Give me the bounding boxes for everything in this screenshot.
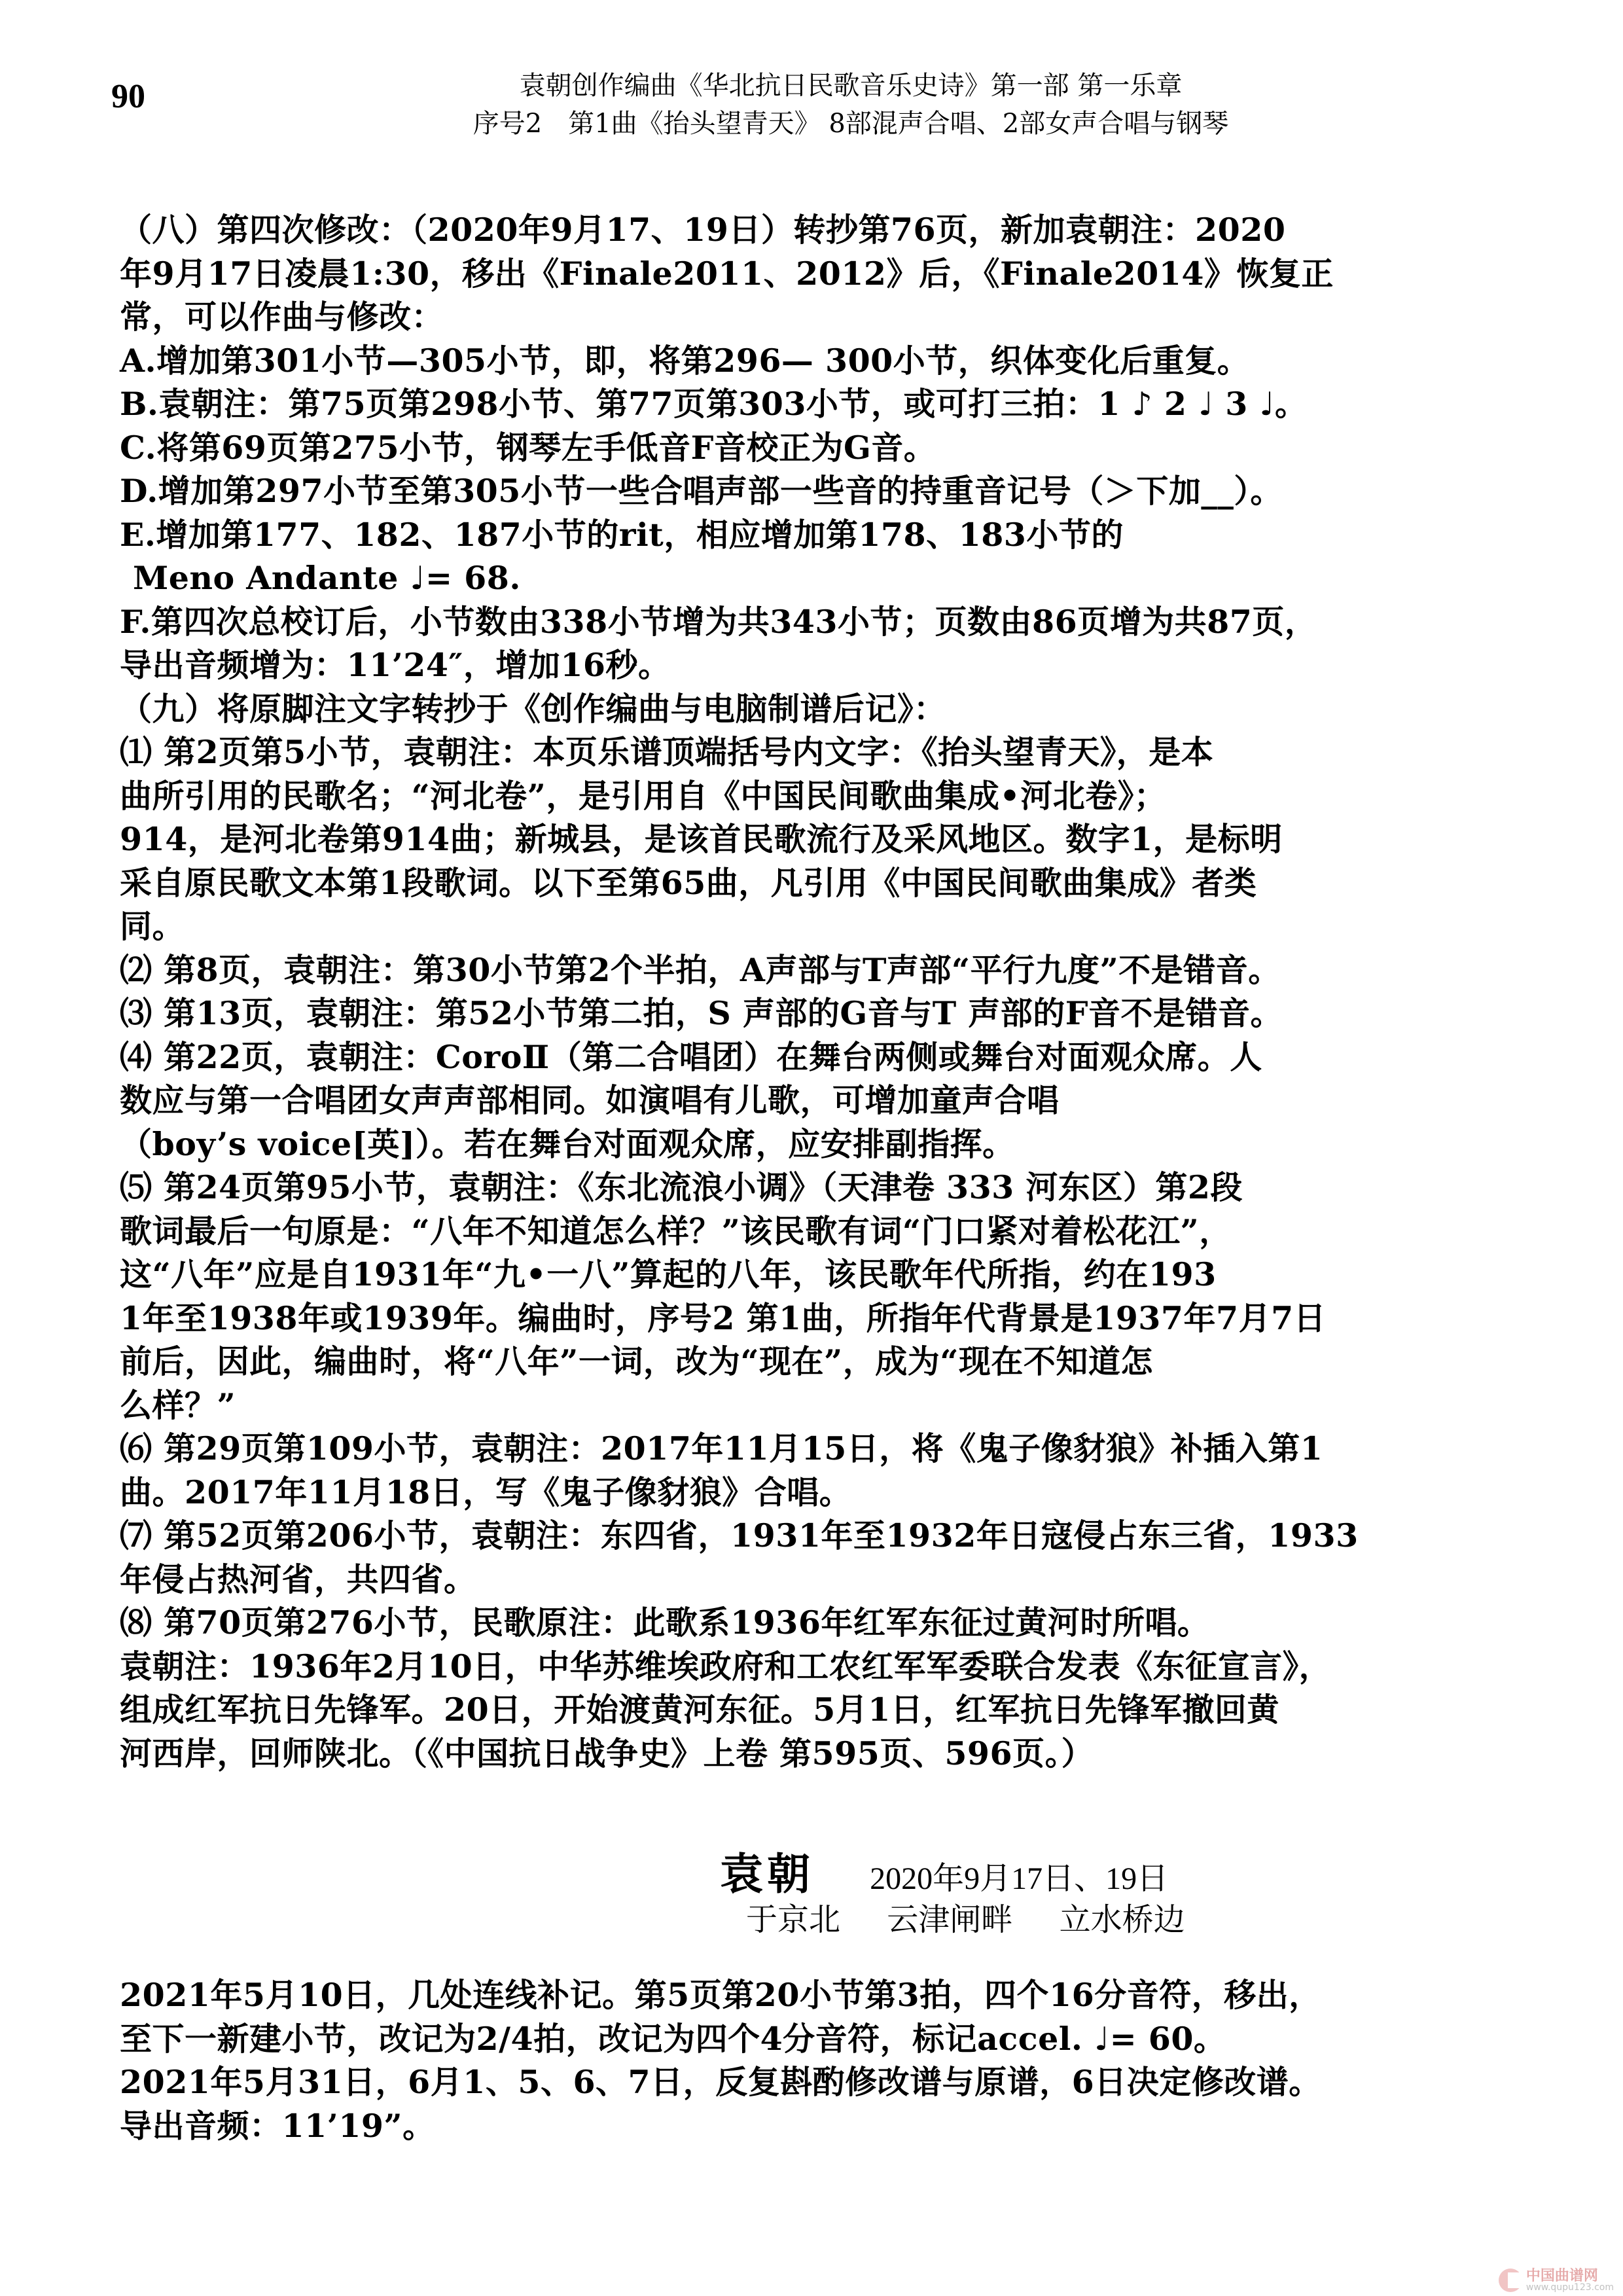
- body-line: ⑻ 第70页第276小节，民歌原注：此歌系1936年红军东征过黄河时所唱。: [120, 1601, 1527, 1645]
- body-line: ⑴ 第2页第5小节，袁朝注：本页乐谱顶端括号内文字：《抬头望青天》，是本: [120, 730, 1527, 774]
- watermark-title: 中国曲谱网: [1526, 2269, 1614, 2283]
- body-line: ⑹ 第29页第109小节，袁朝注：2017年11月15日，将《鬼子像豺狼》补插入…: [120, 1427, 1527, 1471]
- body-line: 曲。2017年11月18日，写《鬼子像豺狼》合唱。: [120, 1471, 1527, 1515]
- addendum-line: 2021年5月31日，6月1、5、6、7日，反复斟酌修改谱与原谱，6日决定修改谱…: [120, 2060, 1527, 2104]
- header-subtitle-line: 序号2 第1曲《抬头望青天》 8部混声合唱、2部女声合唱与钢琴: [366, 105, 1335, 143]
- addendum-notes: 2021年5月10日，几处连线补记。第5页第20小节第3拍，四个16分音符，移出…: [120, 1973, 1527, 2147]
- page-number: 90: [111, 77, 145, 116]
- body-line: ⑸ 第24页第95小节，袁朝注：《东北流浪小调》（天津卷 333 河东区）第2段: [120, 1166, 1527, 1210]
- body-line: F.第四次总校订后，小节数由338小节增为共343小节；页数由86页增为共87页…: [120, 600, 1527, 644]
- body-line: A.增加第301小节—305小节，即，将第296— 300小节，织体变化后重复。: [120, 339, 1527, 383]
- body-line: ⑵ 第8页，袁朝注：第30小节第2个半拍，A声部与T声部“平行九度”不是错音。: [120, 948, 1527, 992]
- body-line: 曲所引用的民歌名；“河北卷”，是引用自《中国民间歌曲集成•河北卷》；: [120, 774, 1527, 818]
- watermark-logo-icon: [1499, 2269, 1522, 2292]
- body-line: 1年至1938年或1939年。编曲时，序号2 第1曲，所指年代背景是1937年7…: [120, 1297, 1527, 1340]
- header-title-line: 袁朝创作编曲《华北抗日民歌音乐史诗》第一部 第一乐章: [366, 67, 1335, 105]
- body-line: ⑶ 第13页，袁朝注：第52小节第二拍，S 声部的G音与T 声部的F音不是错音。: [120, 992, 1527, 1035]
- body-line: 年侵占热河省，共四省。: [120, 1558, 1527, 1602]
- signature-date: 2020年9月17日、19日: [870, 1861, 1168, 1896]
- signature-places: 于京北 云津闸畔 立水桥边: [720, 1894, 1222, 1939]
- addendum-line: 2021年5月10日，几处连线补记。第5页第20小节第3拍，四个16分音符，移出…: [120, 1973, 1527, 2017]
- body-line: 数应与第一合唱团女声声部相同。如演唱有儿歌，可增加童声合唱: [120, 1079, 1527, 1122]
- body-line: 914，是河北卷第914曲；新城县，是该首民歌流行及采风地区。数字1，是标明: [120, 817, 1527, 861]
- body-line: B.袁朝注：第75页第298小节、第77页第303小节，或可打三拍：1 ♪ 2 …: [120, 382, 1527, 426]
- body-line: 歌词最后一句原是：“八年不知道怎么样？”该民歌有词“门口紧对着松花江”，: [120, 1210, 1527, 1253]
- place-2: 云津闸畔: [887, 1901, 1012, 1938]
- body-line: Meno Andante ♩= 68.: [120, 556, 1527, 600]
- body-line: 同。: [120, 905, 1527, 948]
- body-line: 采自原民歌文本第1段歌词。以下至第65曲，凡引用《中国民间歌曲集成》者类: [120, 861, 1527, 905]
- body-line: D.增加第297小节至第305小节一些合唱声部一些音的持重音记号（＞下加__）。: [120, 469, 1527, 513]
- body-line: 组成红军抗日先锋军。20日，开始渡黄河东征。5月1日，红军抗日先锋军撤回黄: [120, 1688, 1527, 1732]
- body-line: 导出音频增为：11’24″，增加16秒。: [120, 643, 1527, 687]
- addendum-line: 导出音频：11’19”。: [120, 2104, 1527, 2148]
- watermark-url: www.qupu123.com: [1526, 2283, 1614, 2292]
- body-line: 年9月17日凌晨1:30，移出《Finale2011、2012》后，《Final…: [120, 252, 1527, 296]
- addendum-line: 至下一新建小节，改记为2/4拍，改记为四个4分音符，标记accel. ♩= 60…: [120, 2017, 1527, 2061]
- body-line: 前后，因此，编曲时，将“八年”一词，改为“现在”，成为“现在不知道怎: [120, 1340, 1527, 1384]
- body-line: （boy’s voice[英]）。若在舞台对面观众席，应安排副指挥。: [120, 1122, 1527, 1166]
- body-line: E.增加第177、182、187小节的rit，相应增加第178、183小节的: [120, 513, 1527, 557]
- body-line: C.将第69页第275小节，钢琴左手低音F音校正为G音。: [120, 426, 1527, 470]
- body-line: 么样？”: [120, 1384, 1527, 1427]
- signature-block: 袁朝 2020年9月17日、19日 于京北 云津闸畔 立水桥边: [720, 1839, 1222, 1939]
- site-watermark: 中国曲谱网 www.qupu123.com: [1499, 2269, 1614, 2292]
- body-line: 袁朝注：1936年2月10日，中华苏维埃政府和工农红军军委联合发表《东征宣言》，: [120, 1645, 1527, 1689]
- document-body: （八）第四次修改：（2020年9月17、19日）转抄第76页，新加袁朝注：202…: [120, 208, 1527, 1775]
- place-1: 于京北: [746, 1901, 840, 1938]
- body-line: ⑺ 第52页第206小节，袁朝注：东四省，1931年至1932年日寇侵占东三省，…: [120, 1514, 1527, 1558]
- body-line: 河西岸，回师陕北。（《中国抗日战争史》上卷 第595页、596页。）: [120, 1732, 1527, 1776]
- body-line: 这“八年”应是自1931年“九•一八”算起的八年，该民歌年代所指，约在193: [120, 1253, 1527, 1297]
- author-name: 袁朝: [720, 1849, 814, 1899]
- place-3: 立水桥边: [1060, 1901, 1185, 1938]
- body-line: ⑷ 第22页，袁朝注：CoroⅡ（第二合唱团）在舞台两侧或舞台对面观众席。人: [120, 1035, 1527, 1079]
- body-line: （九）将原脚注文字转抄于《创作编曲与电脑制谱后记》：: [120, 687, 1527, 731]
- body-line: 常，可以作曲与修改：: [120, 295, 1527, 339]
- running-header: 袁朝创作编曲《华北抗日民歌音乐史诗》第一部 第一乐章 序号2 第1曲《抬头望青天…: [366, 67, 1335, 143]
- body-line: （八）第四次修改：（2020年9月17、19日）转抄第76页，新加袁朝注：202…: [120, 208, 1527, 252]
